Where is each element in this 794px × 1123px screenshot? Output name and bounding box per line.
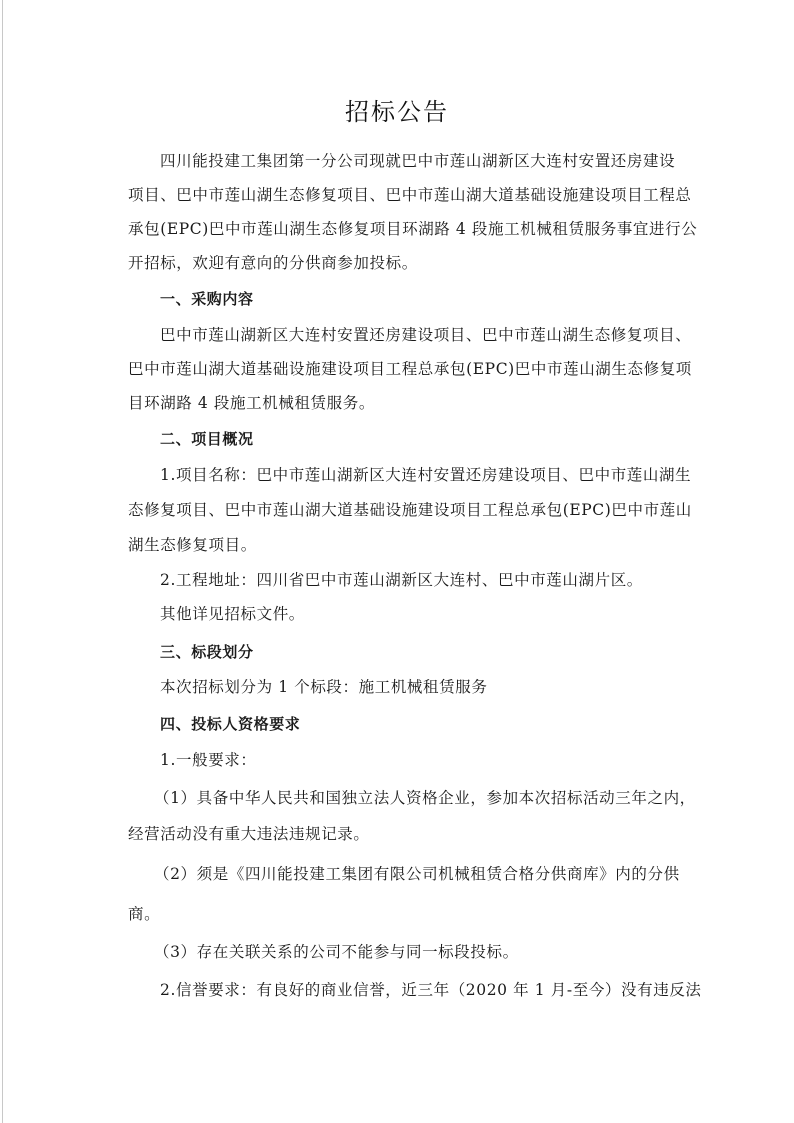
intro-line: 项目、巴中市莲山湖生态修复项目、巴中市莲山湖大道基础设施建设项目工程总 xyxy=(128,185,668,205)
body-line: 2.信誉要求：有良好的商业信誉，近三年（2020 年 1 月-至今）没有违反法 xyxy=(160,980,668,1000)
body-line: 湖生态修复项目。 xyxy=(128,535,668,555)
page-title: 招标公告 xyxy=(0,92,794,127)
body-line: 2.工程地址：四川省巴中市莲山湖新区大连村、巴中市莲山湖片区。 xyxy=(160,570,700,590)
body-line: （3）存在关联关系的公司不能参与同一标段投标。 xyxy=(154,942,694,962)
body-line: 态修复项目、巴中市莲山湖大道基础设施建设项目工程总承包(EPC)巴中市莲山 xyxy=(128,500,668,520)
body-line: 巴中市莲山湖新区大连村安置还房建设项目、巴中市莲山湖生态修复项目、 xyxy=(160,325,668,345)
body-line: 1.项目名称：巴中市莲山湖新区大连村安置还房建设项目、巴中市莲山湖生 xyxy=(160,465,668,485)
body-line: （2）须是《四川能投建工集团有限公司机械租赁合格分供商库》内的分供 xyxy=(154,864,668,884)
body-line: 本次招标划分为 1 个标段：施工机械租赁服务 xyxy=(160,677,700,697)
body-line: 1.一般要求： xyxy=(160,750,700,770)
intro-line: 四川能投建工集团第一分公司现就巴中市莲山湖新区大连村安置还房建设 xyxy=(160,151,668,171)
section-heading-overview: 二、项目概况 xyxy=(160,429,700,449)
body-line: （1）具备中华人民共和国独立法人资格企业，参加本次招标活动三年之内， xyxy=(154,788,668,808)
scan-edge-line xyxy=(2,0,3,1123)
body-line: 其他详见招标文件。 xyxy=(160,604,700,624)
section-heading-procurement: 一、采购内容 xyxy=(160,289,700,309)
intro-line: 承包(EPC)巴中市莲山湖生态修复项目环湖路 4 段施工机械租赁服务事宜进行公 xyxy=(128,219,668,239)
body-line: 目环湖路 4 段施工机械租赁服务。 xyxy=(128,393,668,413)
section-heading-qualifications: 四、投标人资格要求 xyxy=(160,714,700,734)
section-heading-lots: 三、标段划分 xyxy=(160,642,700,662)
intro-line: 开招标，欢迎有意向的分供商参加投标。 xyxy=(128,253,668,273)
body-line: 巴中市莲山湖大道基础设施建设项目工程总承包(EPC)巴中市莲山湖生态修复项 xyxy=(128,359,668,379)
body-line: 经营活动没有重大违法违规记录。 xyxy=(128,824,668,844)
body-line: 商。 xyxy=(128,904,668,924)
